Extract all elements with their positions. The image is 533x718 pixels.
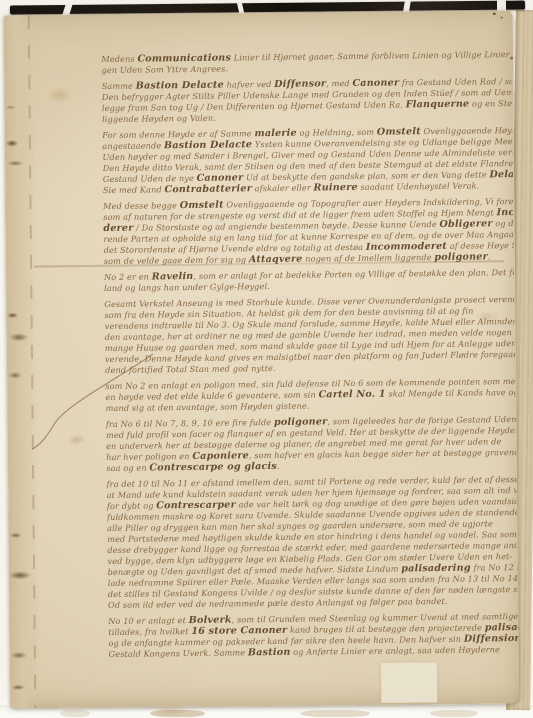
manuscript-paragraph: No 2 er en Ravelin, som er anlagt for at… [104, 267, 514, 294]
top-edge-notch [497, 0, 506, 11]
manuscript-paragraph: No 10 er anlagt et Bolverk, som til Grun… [108, 611, 519, 660]
top-edge-notch [237, 2, 244, 13]
manuscript-text: Medens Communications Linier til Hjørnet… [101, 49, 518, 665]
repair-patch [381, 662, 437, 703]
manuscript-paragraph: For som denne Høyde er af Samme malerie … [102, 125, 513, 196]
manuscript-paragraph: Gesamt Verkstel Anseung is med Storhule … [104, 294, 515, 376]
manuscript-paragraph: Med desse begge Omstelt Ovenliggaaende o… [103, 196, 514, 267]
manuscript-paragraph: som No 2 en anlagt en poligon med, sin f… [105, 376, 515, 414]
page-edge-smudge [430, 710, 478, 717]
ink-speck [501, 17, 503, 19]
top-edge-notch [403, 1, 411, 12]
scanned-manuscript-screenshot: Medens Communications Linier til Hjørnet… [0, 0, 533, 718]
top-edge-notch [62, 4, 72, 15]
manuscript-paragraph: Samme Bastion Delacte hafver ved Diffens… [102, 76, 513, 125]
manuscript-paragraph: fra No 6 til No 7, 8, 9, 10 ere fire ful… [106, 414, 517, 474]
manuscript-paragraph: Medens Communications Linier til Hjørnet… [101, 49, 511, 76]
manuscript-page: Medens Communications Linier til Hjørnet… [4, 11, 520, 709]
foxing-stain [46, 87, 72, 103]
ink-speck [493, 13, 496, 15]
page-edge-smudge [300, 710, 370, 717]
manuscript-paragraph: fra det 10 til No 11 er afstand imellem … [106, 474, 518, 611]
page-edge-smudge [60, 710, 90, 717]
